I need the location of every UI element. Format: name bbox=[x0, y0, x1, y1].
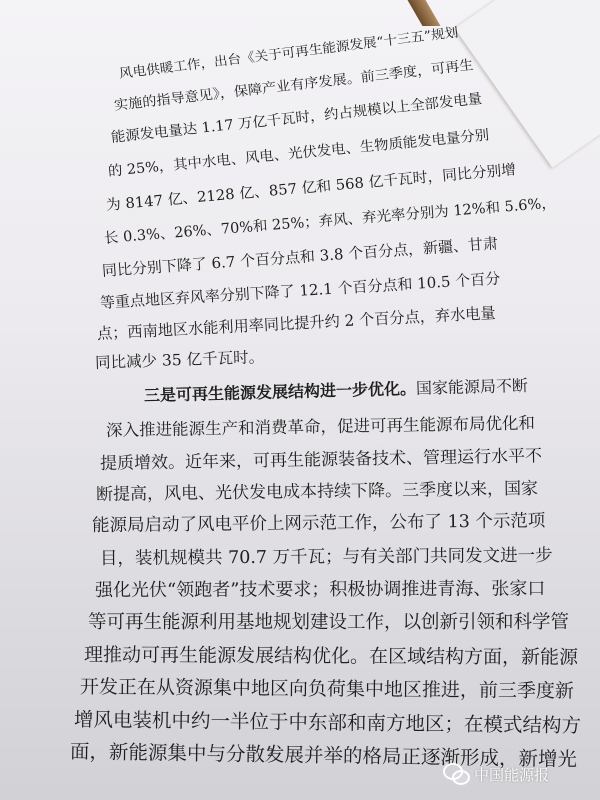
heading-continuation: 国家能源局不断 bbox=[416, 376, 528, 398]
text-line: 目，装机规模共 70.7 万千瓦；与有关部门共同发文进一步 bbox=[100, 542, 553, 570]
document-page: 伏发电 风电供暖工作，出台《关于可再生能源发展“十三五”规划 实施的指导意见》，… bbox=[0, 0, 600, 800]
source-watermark: 中国能源报 bbox=[443, 763, 549, 785]
text-line: 开发正在从资源集中地区向负荷集中地区推进，前三季度新 bbox=[80, 672, 574, 703]
text-line: 深入推进能源生产和消费革命，促进可再生能源布局优化和 bbox=[106, 410, 535, 441]
page-number: 2 bbox=[267, 746, 274, 759]
text-line: 断提高，风电、光伏发电成本持续下降。三季度以来，国家 bbox=[96, 474, 538, 505]
text-line: 等可再生能源利用基地规划建设工作，以创新引领和科学管 bbox=[88, 608, 569, 634]
text-line: 强化光伏“领跑者”技术要求；积极协调推进青海、张家口 bbox=[95, 574, 545, 602]
section-heading-line: 三是可再生能源发展结构进一步优化。国家能源局不断 bbox=[144, 373, 529, 406]
text-line: 能源局启动了风电平价上网示范工作，公布了 13 个示范项 bbox=[92, 507, 546, 537]
text-line: 增风电装机中约一半位于中东部和南方地区；在模式结构方 bbox=[74, 704, 581, 738]
text-line: 理推动可再生能源发展结构优化。在区域结构方面，新能源 bbox=[84, 640, 578, 670]
body-text: 风电供暖工作，出台《关于可再生能源发展“十三五”规划 实施的指导意见》，保障产业… bbox=[0, 0, 600, 800]
text-line: 提质增效。近年来，可再生能源装备技术、管理运行水平不 bbox=[100, 441, 542, 474]
text-line: 同比减少 35 亿千瓦时。 bbox=[95, 345, 265, 373]
watermark-label: 中国能源报 bbox=[474, 764, 549, 785]
section-heading: 三是可再生能源发展结构进一步优化。 bbox=[144, 379, 416, 405]
wechat-icon bbox=[443, 763, 469, 785]
